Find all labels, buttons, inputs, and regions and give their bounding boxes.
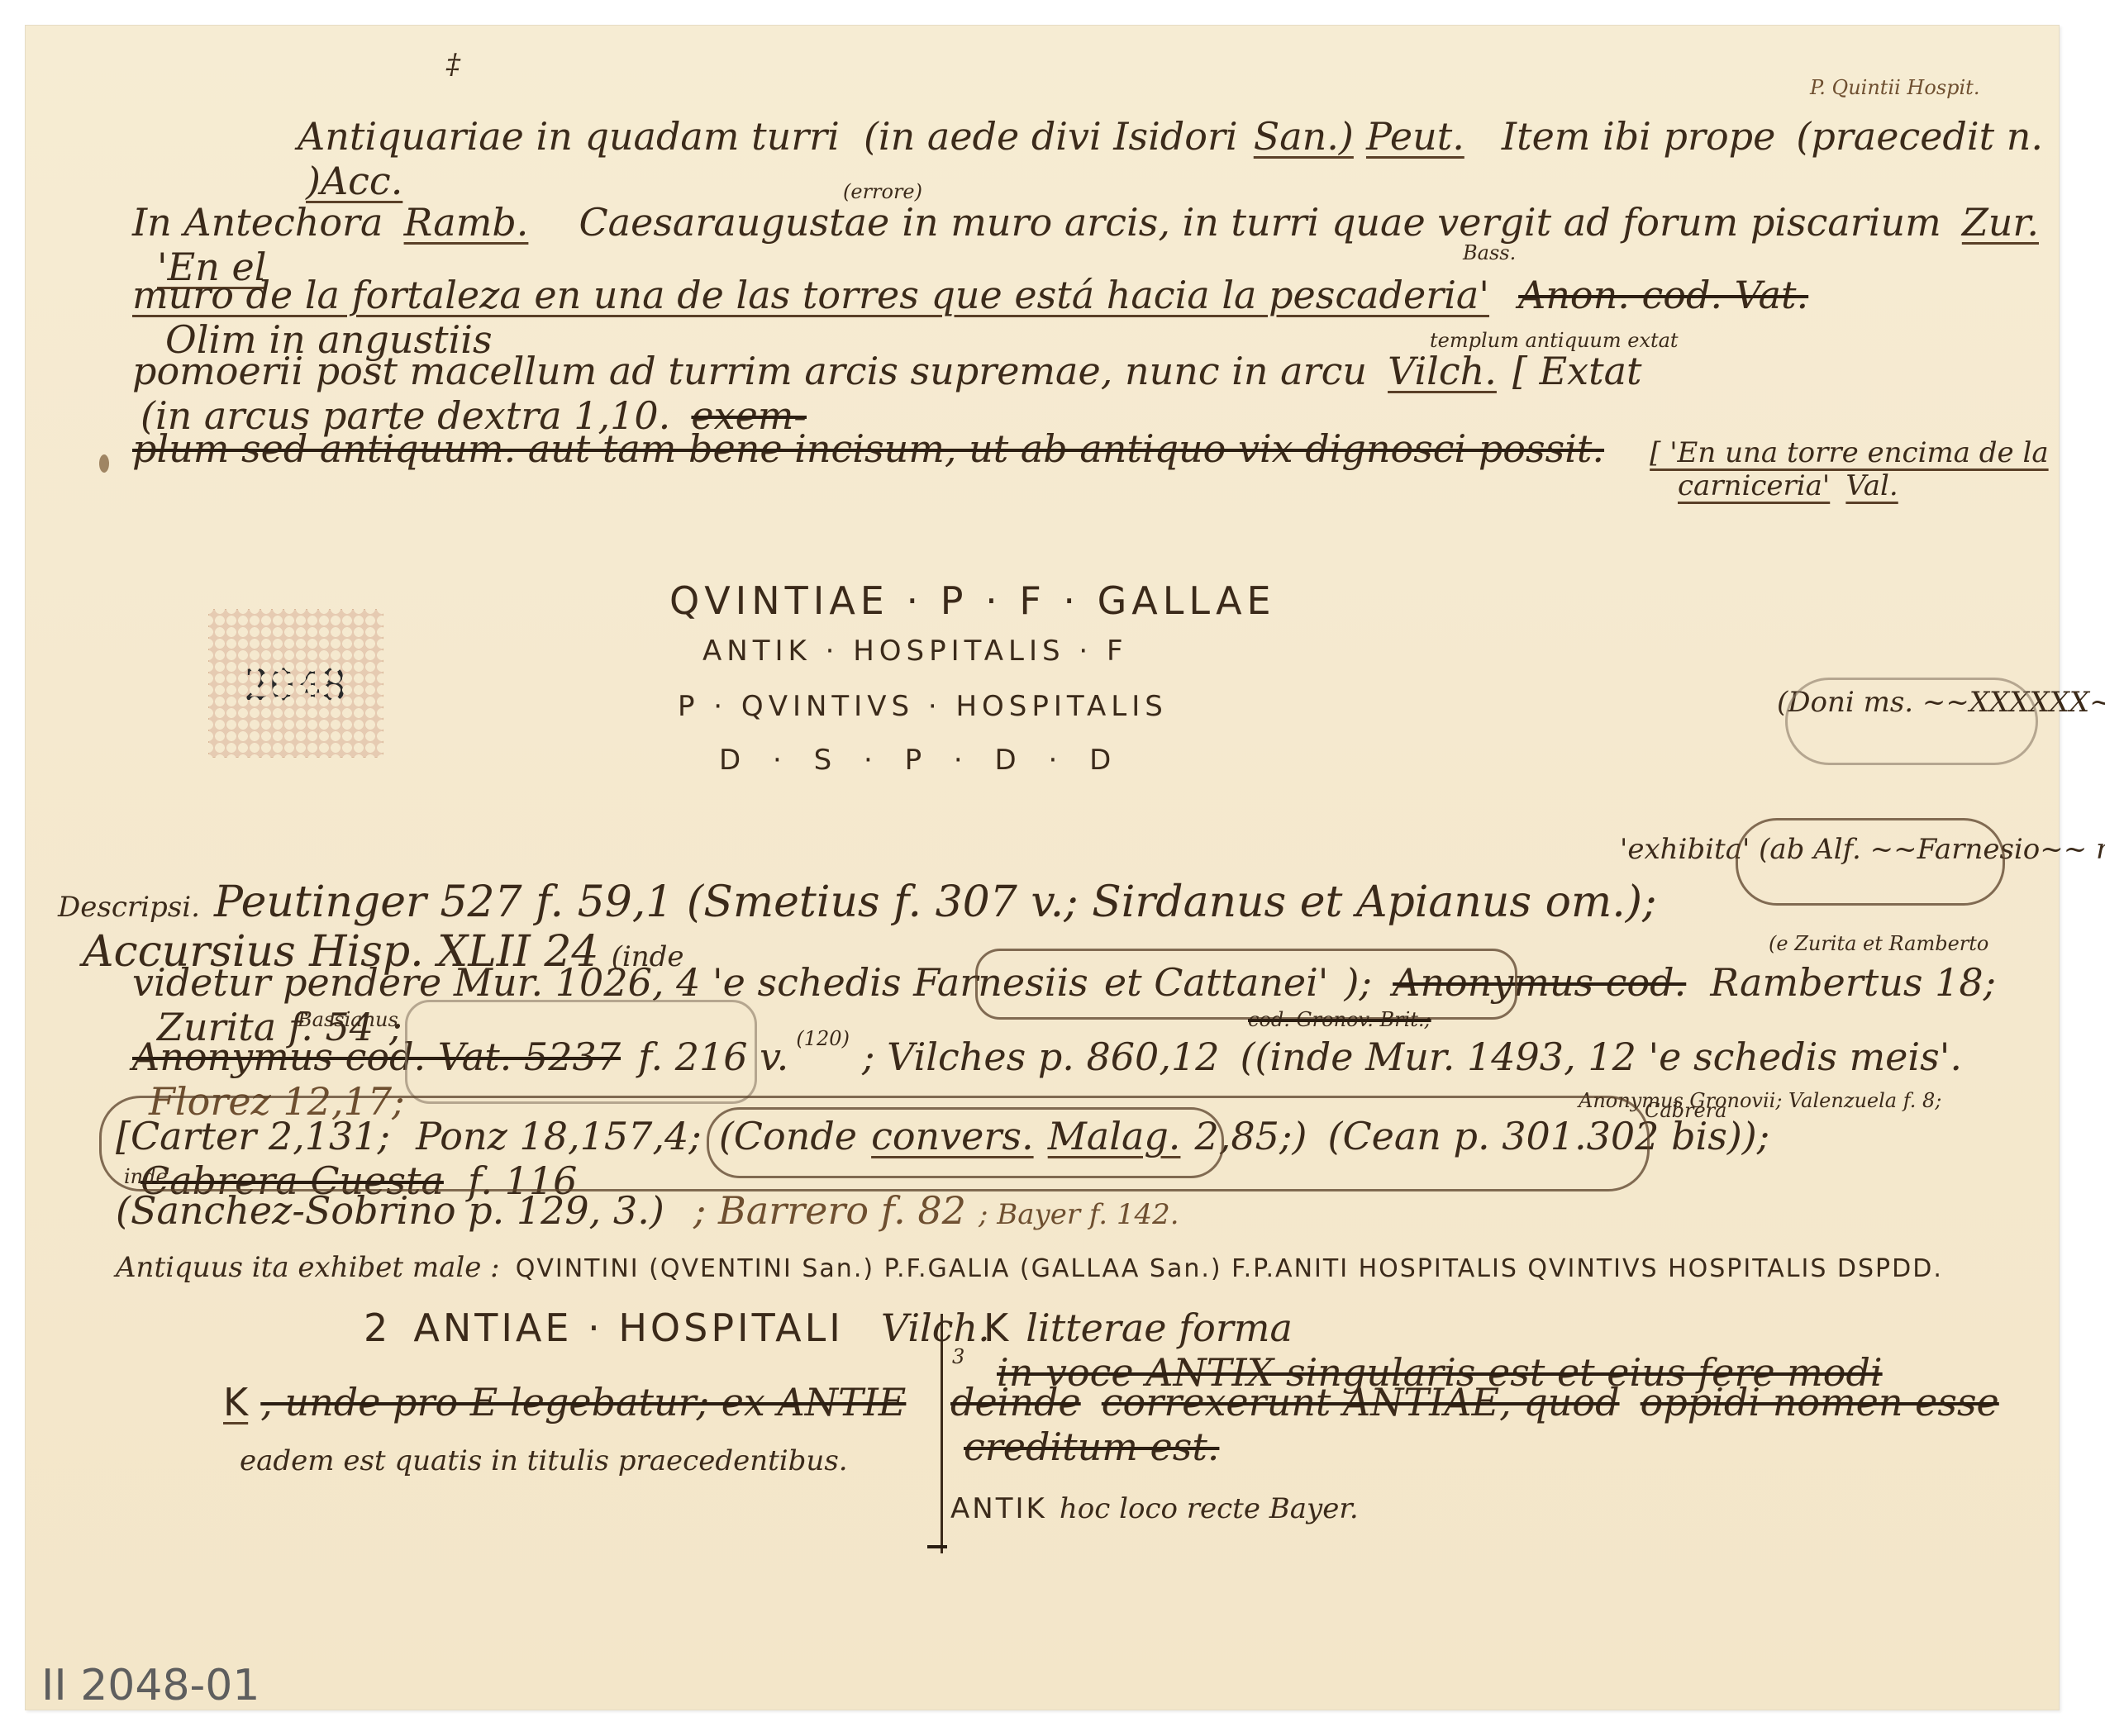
- doni-loop: [1785, 678, 2038, 765]
- deinde-line: deinde correxerunt ANTIAE, quod oppidi n…: [950, 1380, 2060, 1469]
- note-3-number: 3: [952, 1345, 964, 1368]
- struck-sentence: plum sed antiquum. aut tam bene incisum,…: [132, 426, 1604, 471]
- catalog-number-stamp: 2048: [208, 609, 383, 758]
- abbr-ramb: Ramb.: [404, 200, 529, 245]
- insert-inde: inde: [124, 1165, 168, 1188]
- descripsi-label: Descripsi.: [58, 891, 200, 924]
- eadem-note: eadem est quatis in titulis praecedentib…: [240, 1444, 848, 1477]
- spanish-quote: muro de la fortaleza en una de las torre…: [132, 273, 1489, 317]
- note-divider: [941, 1314, 943, 1553]
- abbr-val: Val.: [1845, 469, 1898, 502]
- abbr-san: San.): [1254, 114, 1354, 159]
- location-line-4: pomoerii post macellum ad turrim arcis s…: [132, 349, 2060, 438]
- abbr-zur: Zur.: [1962, 200, 2039, 245]
- conde-loop: [707, 1107, 1224, 1178]
- inscription-line-2: ANTIK · HOSPITALIS · F: [702, 635, 1128, 668]
- abbr-peut: Peut.: [1366, 114, 1464, 159]
- corner-mark: ‡: [446, 48, 460, 81]
- archive-mark: II 2048-01: [41, 1661, 260, 1710]
- manuscript-sheet: ‡ P. Quintii Hospit. Antiquariae in quad…: [25, 25, 2060, 1710]
- location-line-5-cont: carniceria' Val.: [1678, 469, 1898, 502]
- insert-cabrera: Cabrera: [1645, 1099, 1727, 1122]
- sources-line-5: (Sanchez-Sobrino p. 129, 3.) ; Barrero f…: [116, 1188, 1179, 1233]
- location-line-1: Antiquariae in quadam turri (in aede div…: [298, 114, 2060, 203]
- inscription-line-4: D · S · P · D · D: [719, 744, 1122, 777]
- divider-foot: [927, 1545, 947, 1548]
- antiquus-note: Antiquus ita exhibet male : QVINTINI (QV…: [116, 1251, 1943, 1284]
- catalog-number: 2048: [245, 656, 347, 711]
- bassianus-loop: [405, 1000, 757, 1104]
- inscription-line-3: P · QVINTIVS · HOSPITALIS: [678, 690, 1168, 723]
- inscription-line-1: QVINTIAE · P · F · GALLAE: [669, 578, 1276, 623]
- antik-note: ANTIK hoc loco recte Bayer.: [950, 1492, 1359, 1525]
- val-note: [ 'En una torre encima de la: [1650, 436, 2048, 469]
- top-right-note: P. Quintii Hospit.: [1810, 76, 1979, 99]
- struck-left-line: K , unde pro E legebatur; ex ANTIE: [223, 1380, 906, 1424]
- zurita-ramberto-note: (e Zurita et Ramberto: [1769, 932, 1988, 955]
- insert-bass: Bass.: [1463, 241, 1516, 264]
- struck-anon-cod-vat: Anon. cod. Vat.: [1518, 273, 1808, 317]
- note-2: 2 ANTIAE · HOSPITALI Vilch.: [364, 1306, 990, 1350]
- insert-bassianus: Bassianus: [298, 1008, 398, 1031]
- abbr-vilch: Vilch.: [1388, 349, 1497, 393]
- rambertus-loop: [975, 949, 1517, 1020]
- location-line-5: plum sed antiquum. aut tam bene incisum,…: [132, 426, 2049, 471]
- struck-cod-gronov: cod. Gronov. Brit.;: [1248, 1008, 1431, 1031]
- ink-blot: [99, 454, 109, 473]
- abbr-acc: )Acc.: [306, 159, 402, 203]
